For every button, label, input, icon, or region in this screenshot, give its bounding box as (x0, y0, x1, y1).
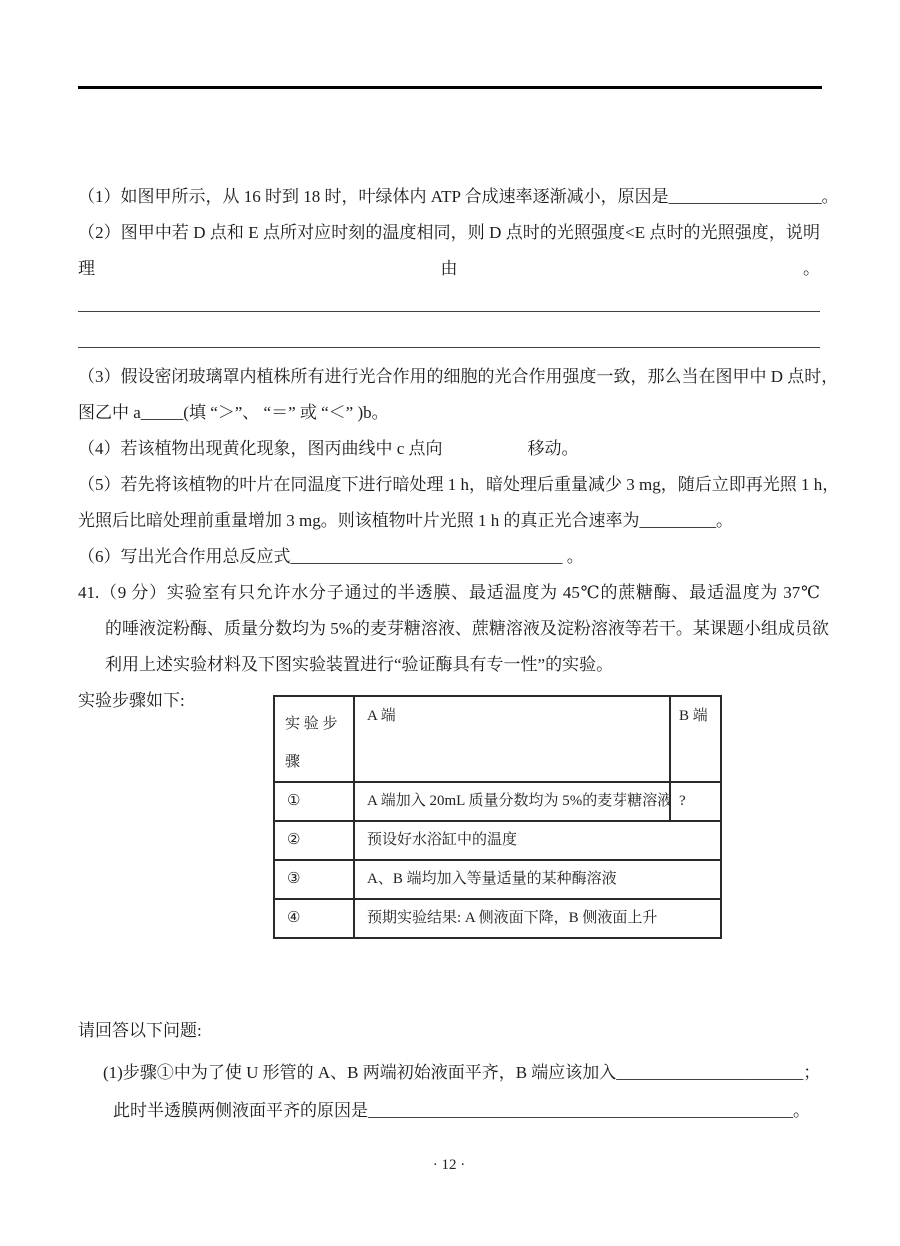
table-row-step-1: ① A 端加入 20mL 质量分数均为 5%的麦芽糖溶液 ? (274, 782, 721, 821)
step-number: ③ (274, 860, 354, 899)
exam-paper-page: （1）如图甲所示，从 16 时到 18 时，叶绿体内 ATP 合成速率逐渐减小，… (0, 0, 900, 1246)
reason-period: 。 (803, 251, 820, 287)
step-number: ② (274, 821, 354, 860)
q40-item-3-line-2: 图乙中 a_____(填 “＞”、 “＝” 或 “＜” )b。 (78, 395, 820, 431)
reason-char-you: 由 (441, 251, 458, 287)
step-a-cell: A、B 端均加入等量适量的某种酶溶液 (354, 860, 721, 899)
answer-blank-line-2: ________________________________________… (78, 323, 820, 359)
header-b-end-column: B 端 (670, 696, 721, 782)
step-a-cell: 预期实验结果: A 侧液面下降，B 侧液面上升 (354, 899, 721, 938)
table-header-row: 实 验 步骤 A 端 B 端 (274, 696, 721, 782)
q41-question-1-line-1: (1)步骤①中为了使 U 形管的 A、B 两端初始液面平齐，B 端应该加入___… (78, 1055, 820, 1091)
header-a-end-column: A 端 (354, 696, 670, 782)
step-b-cell: ? (670, 782, 721, 821)
page-content: （1）如图甲所示，从 16 时到 18 时，叶绿体内 ATP 合成速率逐渐减小，… (78, 179, 820, 1175)
experiment-steps-table: 实 验 步骤 A 端 B 端 ① A 端加入 20mL 质量分数均为 5%的麦芽… (273, 695, 722, 939)
q40-item-2-reason-line: 理 由 。 (78, 251, 820, 287)
q40-item-5-line-2: 光照后比暗处理前重量增加 3 mg。则该植物叶片光照 1 h 的真正光合速率为_… (78, 503, 820, 539)
q41-steps-section: 实验步骤如下: 实 验 步骤 A 端 B 端 ① A 端加入 20mL 质量分数… (78, 683, 820, 926)
q41-questions-label: 请回答以下问题: (78, 1013, 820, 1049)
q41-question-1-line-2: 此时半透膜两侧液面平齐的原因是_________________________… (78, 1093, 820, 1129)
reason-char-li: 理 (78, 251, 95, 287)
header-rule (78, 86, 822, 89)
step-a-cell: A 端加入 20mL 质量分数均为 5%的麦芽糖溶液 (354, 782, 670, 821)
steps-label: 实验步骤如下: (78, 683, 273, 719)
q40-item-4: （4）若该植物出现黄化现象，图丙曲线中 c 点向 移动。 (78, 431, 820, 467)
table-row-step-3: ③ A、B 端均加入等量适量的某种酶溶液 (274, 860, 721, 899)
step-number: ① (274, 782, 354, 821)
table-row-step-2: ② 预设好水浴缸中的温度 (274, 821, 721, 860)
q40-item-1: （1）如图甲所示，从 16 时到 18 时，叶绿体内 ATP 合成速率逐渐减小，… (78, 179, 820, 215)
page-number: · 12 · (78, 1155, 820, 1175)
header-step-column: 实 验 步骤 (274, 696, 354, 782)
table-row-step-4: ④ 预期实验结果: A 侧液面下降，B 侧液面上升 (274, 899, 721, 938)
step-number: ④ (274, 899, 354, 938)
q41-intro-line-1: 41.（9 分）实验室有只允许水分子通过的半透膜、最适温度为 45℃的蔗糖酶、最… (78, 575, 820, 611)
q41-intro-line-2: 的唾液淀粉酶、质量分数均为 5%的麦芽糖溶液、蔗糖溶液及淀粉溶液等若干。某课题小… (78, 611, 820, 647)
step-a-cell: 预设好水浴缸中的温度 (354, 821, 721, 860)
q41-intro-line-3: 利用上述实验材料及下图实验装置进行“验证酶具有专一性”的实验。 (78, 647, 820, 683)
answer-blank-line-1: ________________________________________… (78, 287, 820, 323)
q40-item-3-line-1: （3）假设密闭玻璃罩内植株所有进行光合作用的细胞的光合作用强度一致，那么当在图甲… (78, 359, 820, 395)
q40-item-2: （2）图甲中若 D 点和 E 点所对应时刻的温度相同，则 D 点时的光照强度<E… (78, 215, 820, 251)
q40-item-5-line-1: （5）若先将该植物的叶片在同温度下进行暗处理 1 h，暗处理后重量减少 3 mg… (78, 467, 820, 503)
q40-item-6: （6）写出光合作用总反应式___________________________… (78, 539, 820, 575)
